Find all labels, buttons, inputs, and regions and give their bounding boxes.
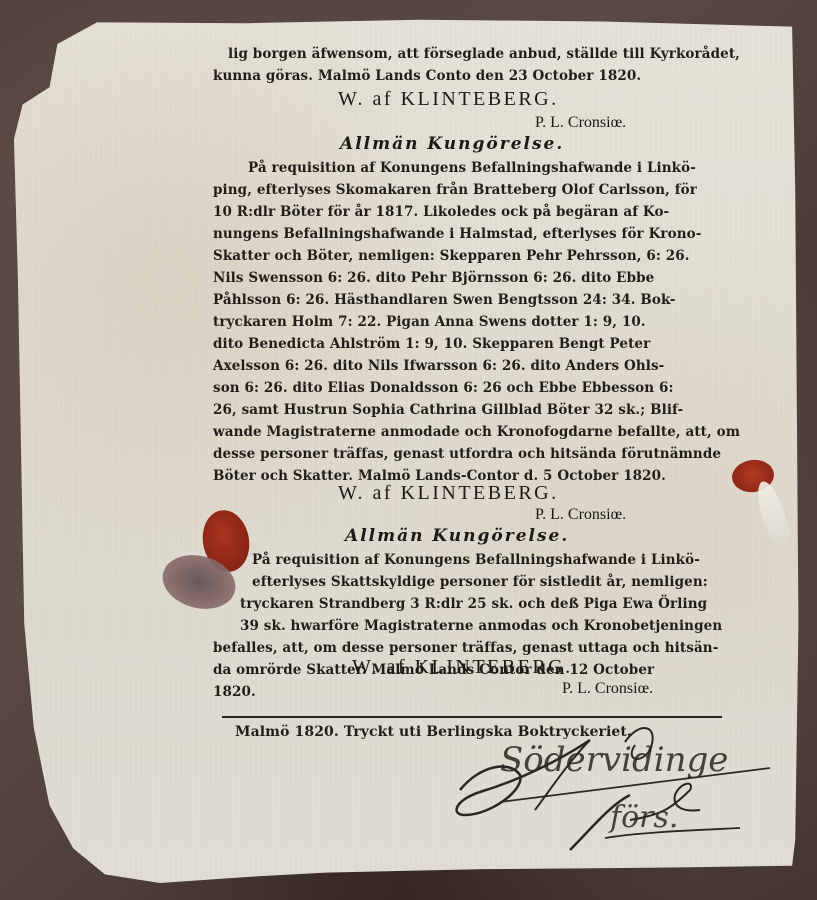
imprint-divider bbox=[222, 716, 722, 718]
notice1-cosigner: P. L. Cronsiœ. bbox=[535, 506, 626, 524]
notice2-line: På requisition af Konungens Befallningsh… bbox=[252, 552, 700, 568]
notice1-heading: Allmän Kungörelse. bbox=[340, 134, 564, 154]
notice1-line: Nils Swensson 6: 26. dito Pehr Björnsson… bbox=[213, 270, 654, 286]
notice1-line: På requisition af Konungens Befallningsh… bbox=[248, 160, 696, 176]
notice1-line: tryckaren Holm 7: 22. Pigan Anna Swens d… bbox=[213, 314, 646, 330]
notice1-line: wande Magistraterne anmodade och Kronofo… bbox=[213, 424, 740, 440]
notice2-signer: W. af KLINTEBERG. bbox=[352, 656, 573, 679]
notice1-line: ping, efterlyses Skomakaren från Bratteb… bbox=[213, 182, 697, 198]
intro-line-2: kunna göras. Malmö Lands Conto den 23 Oc… bbox=[213, 68, 641, 84]
intro-signer: W. af KLINTEBERG. bbox=[338, 88, 559, 111]
notice2-line: tryckaren Strandberg 3 R:dlr 25 sk. och … bbox=[240, 596, 707, 612]
handwritten-signature: Södervidinge bbox=[500, 740, 728, 780]
notice2-cosigner: P. L. Cronsiœ. bbox=[562, 680, 653, 698]
intro-line-1: lig borgen äfwensom, att förseglade anbu… bbox=[228, 46, 718, 62]
notice2-line: 1820. bbox=[213, 684, 256, 700]
notice1-line: Påhlsson 6: 26. Hästhandlaren Swen Bengt… bbox=[213, 292, 676, 308]
notice1-line: nungens Befallningshafwande i Halmstad, … bbox=[213, 226, 701, 242]
notice1-line: dito Benedicta Ahlström 1: 9, 10. Skeppa… bbox=[213, 336, 650, 352]
notice2-line: 39 sk. hwarföre Magistraterne anmodas oc… bbox=[240, 618, 722, 634]
notice1-line: desse personer träffas, genast utfordra … bbox=[213, 446, 721, 462]
notice1-signer: W. af KLINTEBERG. bbox=[338, 482, 559, 505]
notice1-line: son 6: 26. dito Elias Donaldsson 6: 26 o… bbox=[213, 380, 674, 396]
notice2-heading: Allmän Kungörelse. bbox=[345, 526, 569, 546]
intro-cosigner: P. L. Cronsiœ. bbox=[535, 114, 626, 132]
notice2-line: efterlyses Skattskyldige personer för si… bbox=[252, 574, 708, 590]
notice1-line: Skatter och Böter, nemligen: Skepparen P… bbox=[213, 248, 690, 264]
notice2-line: befalles, att, om desse personer träffas… bbox=[213, 640, 718, 656]
notice1-line: Axelsson 6: 26. dito Nils Ifwarsson 6: 2… bbox=[213, 358, 664, 374]
notice1-line: 10 R:dlr Böter för år 1817. Likoledes oc… bbox=[213, 204, 669, 220]
notice1-line: 26, samt Hustrun Sophia Cathrina Gillbla… bbox=[213, 402, 683, 418]
handwritten-abbreviation: förs. bbox=[610, 800, 678, 835]
